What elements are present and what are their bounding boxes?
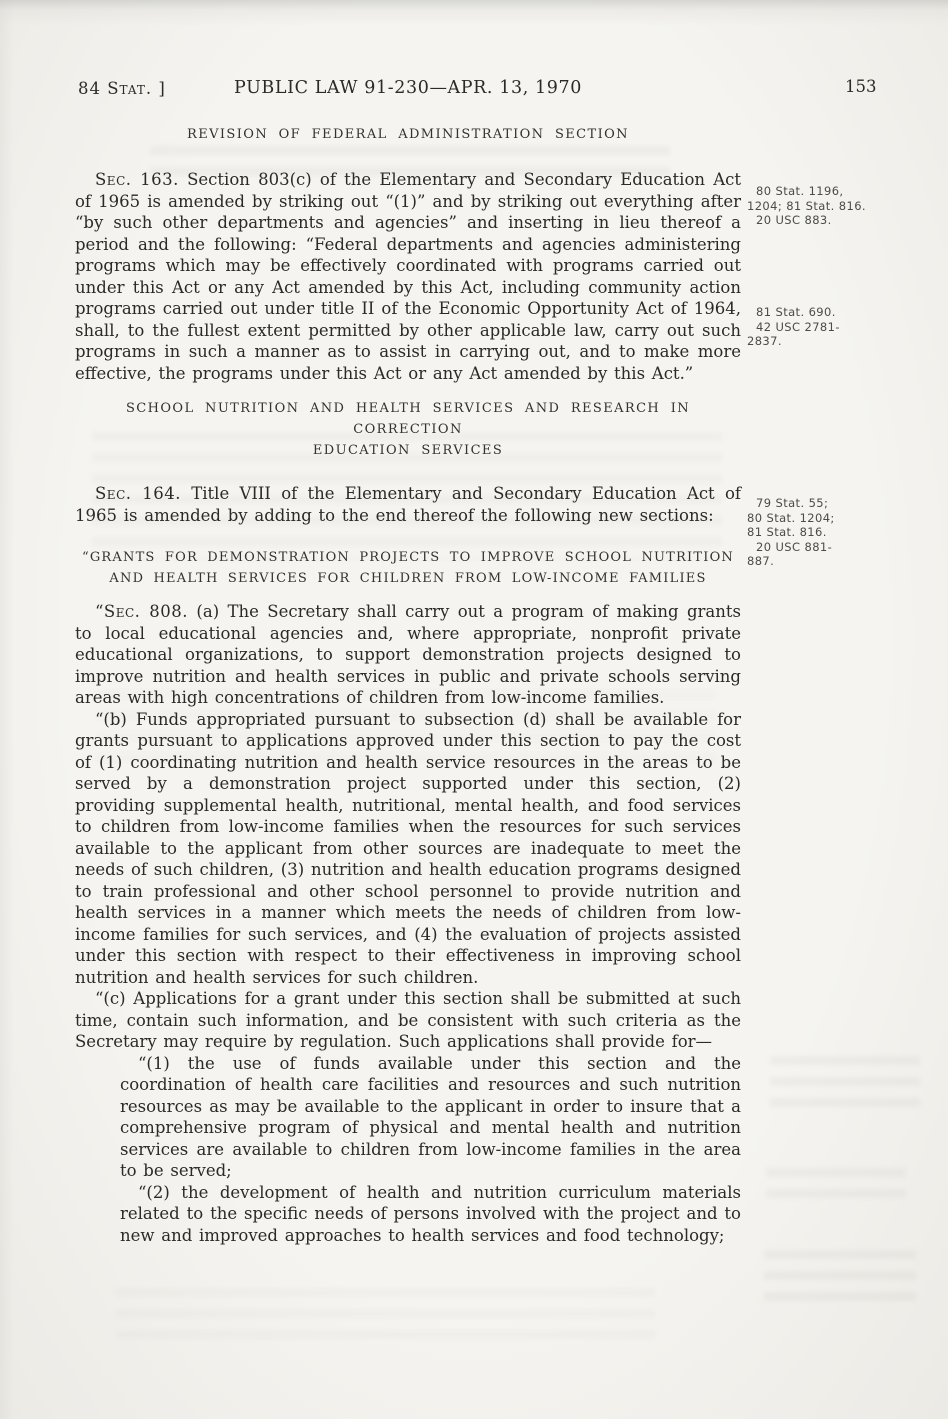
paragraph-sec-164: Sec. 164. Title VIII of the Elementary a… bbox=[75, 483, 741, 526]
heading-line: AND HEALTH SERVICES FOR CHILDREN FROM LO… bbox=[109, 571, 706, 586]
section-heading-grants: “GRANTS FOR DEMONSTRATION PROJECTS TO IM… bbox=[75, 547, 741, 589]
margin-note-citation-1: 80 Stat. 1196, 1204; 81 Stat. 816. 20 US… bbox=[747, 184, 925, 228]
citation-line: 42 USC 2781- bbox=[747, 320, 925, 335]
section-heading-revision: REVISION OF FEDERAL ADMINISTRATION SECTI… bbox=[75, 124, 741, 145]
citation-line: 81 Stat. 690. bbox=[747, 305, 925, 320]
paragraph-sec-808c: “(c) Applications for a grant under this… bbox=[75, 988, 741, 1053]
citation-line: 81 Stat. 816. bbox=[747, 525, 925, 540]
clause-2: “(2) the development of health and nutri… bbox=[120, 1182, 741, 1247]
citation-line: 20 USC 881- bbox=[747, 540, 925, 555]
paragraph-text: Section 803(c) of the Elementary and Sec… bbox=[75, 170, 741, 383]
section-heading-school-nutrition: SCHOOL NUTRITION AND HEALTH SERVICES AND… bbox=[75, 398, 741, 461]
bleed-through-artifact bbox=[770, 1056, 920, 1114]
statute-page: 84 Stat. ] PUBLIC LAW 91-230—APR. 13, 19… bbox=[0, 0, 948, 1419]
paragraph-sec-808a: “Sec. 808. (a) The Secretary shall carry… bbox=[75, 601, 741, 709]
text-column: REVISION OF FEDERAL ADMINISTRATION SECTI… bbox=[75, 0, 741, 1246]
margin-note-citation-3: 79 Stat. 55; 80 Stat. 1204; 81 Stat. 816… bbox=[747, 496, 925, 569]
paragraph-sec-163: Sec. 163. Section 803(c) of the Elementa… bbox=[75, 169, 741, 384]
bleed-through-artifact bbox=[764, 1250, 916, 1308]
page-number: 153 bbox=[845, 77, 877, 96]
section-number-164: Sec. 164. bbox=[95, 484, 181, 503]
heading-line: SCHOOL NUTRITION AND HEALTH SERVICES AND… bbox=[126, 401, 690, 437]
heading-line: “GRANTS FOR DEMONSTRATION PROJECTS TO IM… bbox=[82, 550, 734, 565]
margin-note-citation-2: 81 Stat. 690. 42 USC 2781- 2837. bbox=[747, 305, 925, 349]
heading-line: EDUCATION SERVICES bbox=[313, 443, 503, 458]
section-number-808: “Sec. 808. bbox=[95, 602, 188, 621]
citation-line: 2837. bbox=[747, 334, 925, 349]
citation-line: 20 USC 883. bbox=[747, 213, 925, 228]
citation-line: 80 Stat. 1204; bbox=[747, 511, 925, 526]
citation-line: 887. bbox=[747, 554, 925, 569]
citation-line: 80 Stat. 1196, bbox=[747, 184, 925, 199]
citation-line: 79 Stat. 55; bbox=[747, 496, 925, 511]
bleed-through-artifact bbox=[766, 1168, 906, 1210]
clause-1: “(1) the use of funds available under th… bbox=[120, 1053, 741, 1182]
section-number-163: Sec. 163. bbox=[95, 170, 179, 189]
citation-line: 1204; 81 Stat. 816. bbox=[747, 199, 925, 214]
paragraph-sec-808b: “(b) Funds appropriated pursuant to subs… bbox=[75, 709, 741, 989]
bleed-through-artifact bbox=[115, 1288, 655, 1346]
